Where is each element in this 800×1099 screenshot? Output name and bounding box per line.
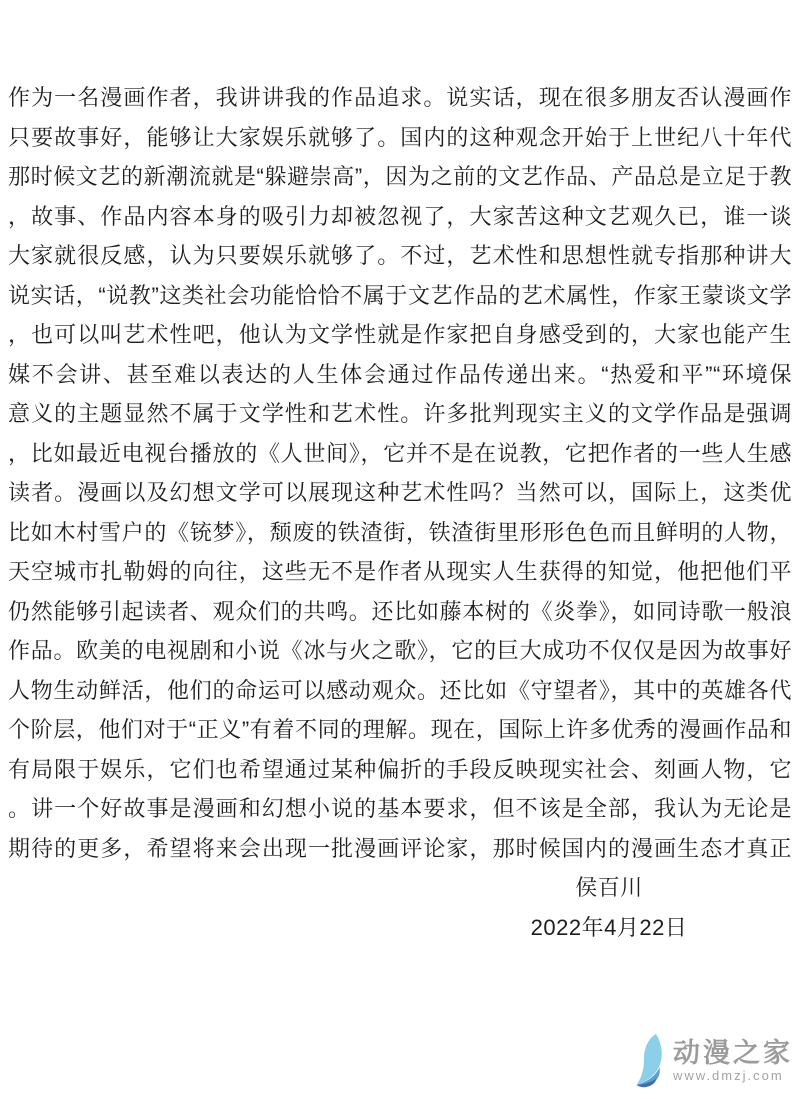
text-line: 那时候文艺的新潮流就是“躲避崇高”，因为之前的文艺作品、产品总是立足于教育读者和… — [8, 157, 792, 197]
text-line: 比如木村雪户的《铳梦》，颓废的铁渣街，铁渣街里形形色色而且鲜明的人物， 以及铁渣… — [8, 513, 792, 553]
article-date: 2022年4月22日 — [426, 908, 792, 948]
text-line: 只要故事好，能够让大家娱乐就够了。国内的这种观念开始于上世纪八十年代末、九十年代… — [8, 118, 792, 158]
signature-block: 侯百川 2022年4月22日 — [426, 868, 792, 947]
dmzj-logo: 动漫之家 www.dmzj.com — [632, 1033, 793, 1089]
site-url: www.dmzj.com — [673, 1068, 784, 1083]
text-line: 大家就很反感，认为只要娱乐就够了。不过，艺术性和思想性就专指那种讲大道理和说教吗… — [8, 236, 792, 276]
article-body: 作为一名漫画作者，我讲讲我的作品追求。说实话，现在很多朋友否认漫画作品的艺术性，… — [0, 0, 800, 868]
text-line: 。讲一个好故事是漫画和幻想小说的基本要求，但不该是全部，我认为无论是读者和作者都… — [8, 789, 792, 829]
text-line: 作品。欧美的电视剧和小说《冰与火之歌》，它的巨大成功不仅仅是因为故事好玩，而是里… — [8, 631, 792, 671]
text-line: 个阶层，他们对于“正义”有着不同的理解。现在，国际上许多优秀的漫画作品和幻想文学… — [8, 710, 792, 750]
text-line: ，也可以叫艺术性吧，他认为文学性就是作家把自身感受到的，大家也能产生共鸣，但是公… — [8, 315, 792, 355]
text-line: 媒不会讲、甚至难以表达的人生体会通过作品传递出来。“热爱和平”“环境保护”这样有… — [8, 355, 792, 395]
text-line: 天空城市扎勒姆的向往，这些无不是作者从现实人生获得的知觉，他把他们平移到科幻世界… — [8, 552, 792, 592]
text-line: 期待的更多，希望将来会出现一批漫画评论家，那时候国内的漫画生态才真正得以完整。 — [8, 829, 792, 869]
text-line: 作为一名漫画作者，我讲讲我的作品追求。说实话，现在很多朋友否认漫画作品的艺术性，… — [8, 78, 792, 118]
text-line: ，故事、作品内容本身的吸引力却被忽视了，大家苦这种文艺观久已，谁一谈思想性、艺术… — [8, 197, 792, 237]
text-line: 说实话，“说教”这类社会功能恰恰不属于文艺作品的艺术属性，作家王蒙谈文学的“文学… — [8, 276, 792, 316]
text-line: 仍然能够引起读者、观众们的共鸣。还比如藤本树的《炎拳》，如同诗歌一般浪漫和璀璨的… — [8, 592, 792, 632]
dmzj-drop-icon — [632, 1033, 666, 1089]
text-line: 有局限于娱乐，它们也希望通过某种偏折的手段反映现实社会、刻画人物，它们有着升华的… — [8, 750, 792, 790]
author-signature: 侯百川 — [426, 868, 792, 908]
dmzj-logo-text: 动漫之家 www.dmzj.com — [673, 1039, 793, 1083]
text-line: 人物生动鲜活，他们的命运可以感动观众。还比如《守望者》，其中的英雄各代表美国社会… — [8, 671, 792, 711]
site-name: 动漫之家 — [673, 1039, 793, 1067]
text-line: ，比如最近电视台播放的《人世间》，它并不是在说教，它把作者的一些人生感悟传达给观… — [8, 434, 792, 474]
text-line: 意义的主题显然不属于文学性和艺术性。许多批判现实主义的文学作品是强调文学性和艺术… — [8, 394, 792, 434]
text-line: 读者。漫画以及幻想文学可以展现这种艺术性吗？当然可以，国际上，这类优秀的作品有很… — [8, 473, 792, 513]
